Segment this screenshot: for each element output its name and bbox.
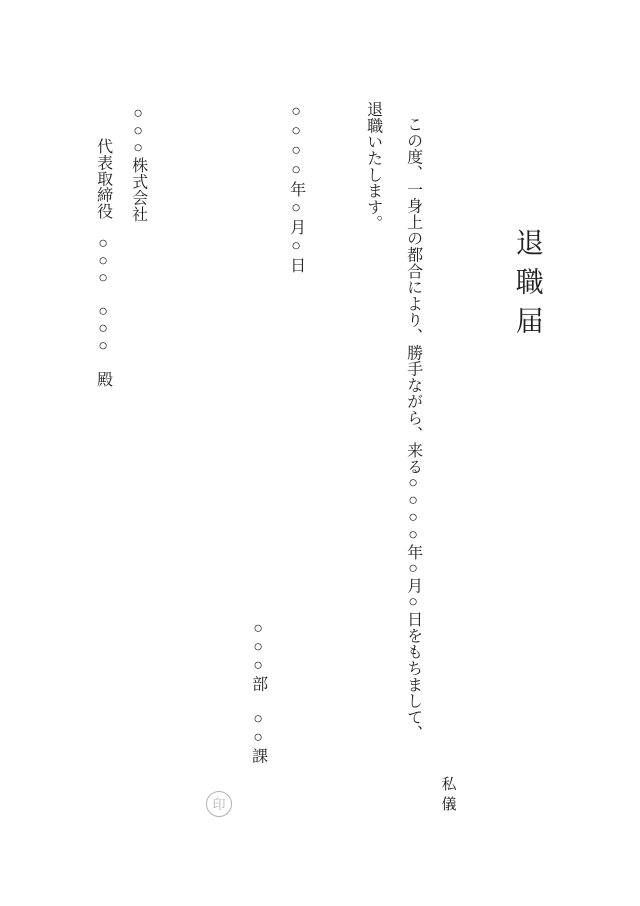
department-section-line: ○○○部 ○○課 (249, 620, 267, 765)
resignation-letter-page: 退職届 私儀 この度、一身上の都合により、勝手ながら、来る○○○○年○月○日をも… (0, 0, 640, 906)
addressee-line: 代表取締役 ○○○ ○○○ 殿 (94, 138, 112, 387)
document-title: 退職届 (511, 228, 542, 345)
body-text-line-2: 退職いたします。 (364, 101, 382, 231)
self-reference-text: 私儀 (439, 776, 456, 816)
submission-date-line: ○○○○年○月○日 (287, 103, 305, 276)
seal-placeholder-icon: 印 (206, 791, 232, 817)
body-text-line-1: この度、一身上の都合により、勝手ながら、来る○○○○年○月○日をもちまして、 (404, 116, 422, 741)
seal-character: 印 (212, 798, 225, 811)
company-name-line: ○○○株式会社 (129, 105, 147, 222)
